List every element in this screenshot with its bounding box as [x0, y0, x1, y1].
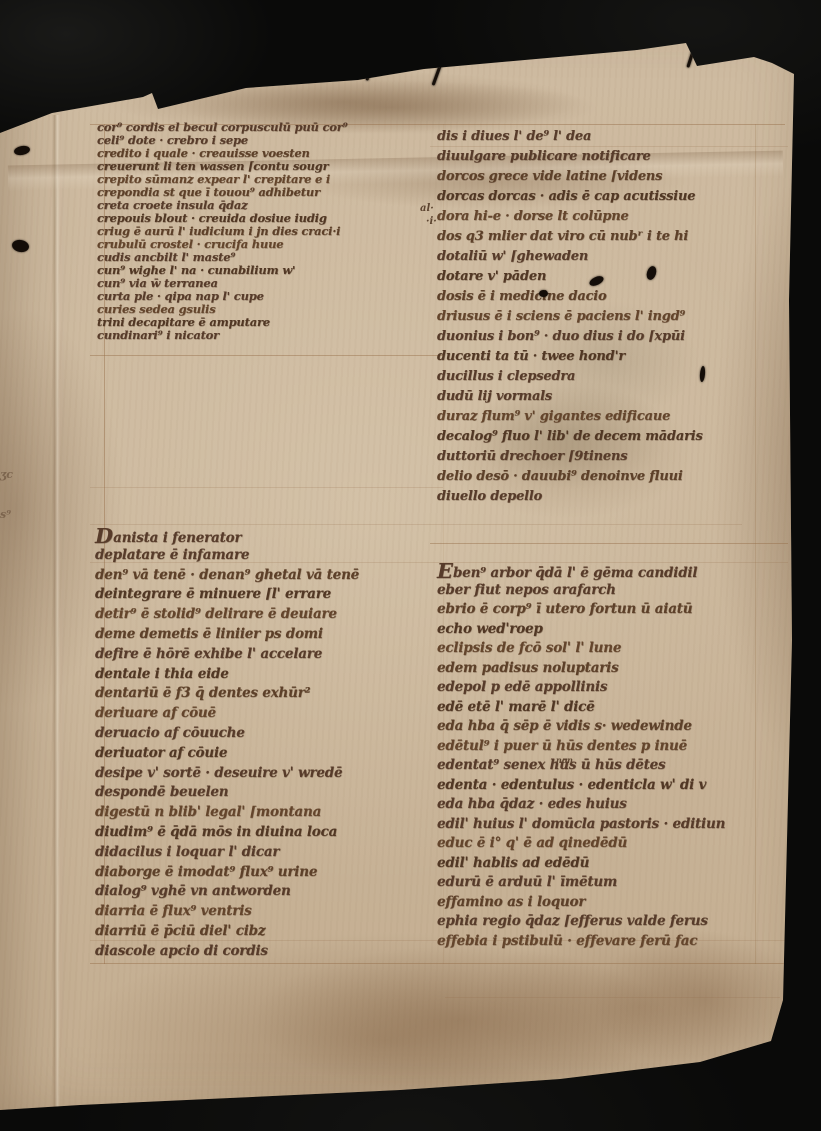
hole-6: [11, 239, 30, 254]
edge-ghost-mark-1: ʒc: [0, 468, 13, 481]
edge-ghost-mark-2: s⁹: [0, 508, 11, 521]
manuscript-line: delio desō · dauubi⁹ denoinve fluui: [437, 467, 703, 487]
manuscript-line: Eben⁹ arbor q̄dā l' ē gēma candidil: [437, 561, 725, 581]
manuscript-line: desipe v' sortē · deseuire v' wredē: [95, 764, 359, 784]
manuscript-line: deintegrare ē minuere ⌈l' errare: [95, 585, 359, 605]
manuscript-line: edē etē l' marē l' dicē: [437, 698, 725, 718]
manuscript-line: Danista i fenerator: [95, 526, 359, 546]
manuscript-line: dosis ē i medicine dacio: [437, 287, 703, 307]
manuscript-line: eda hba q̄daz · edes huius: [437, 795, 725, 815]
manuscript-line: digestū n blib' legal' ⌈montana: [95, 803, 359, 823]
gutter-note-i: ·i·: [426, 216, 437, 227]
manuscript-line: dialog⁹ vghē vn antworden: [95, 882, 359, 902]
manuscript-line: duonius i bon⁹ · duo dius i do ⌈xpūi: [437, 327, 703, 347]
manuscript-line: diarriū ē p̄ciū diel' cibz: [95, 922, 359, 942]
manuscript-line: educ ē i° q' ē ad qinedēdū: [437, 834, 725, 854]
large-initial: E: [437, 558, 453, 583]
text-column-bottom-right: Eben⁹ arbor q̄dā l' ē gēma candidileber …: [437, 561, 725, 951]
manuscript-line: dentariū ē f3 q̄ dentes exhūr²: [95, 684, 359, 704]
manuscript-line: dis i diues l' de⁹ l' dea: [437, 127, 703, 147]
large-initial: D: [95, 523, 113, 548]
manuscript-photo: cor⁹ cordis el becul corpusculū puū cor⁹…: [0, 0, 821, 1131]
manuscript-line: diarria ē flux⁹ ventris: [95, 902, 359, 922]
gutter-note-al: al·: [420, 203, 434, 214]
manuscript-line: deruacio af cōuuche: [95, 724, 359, 744]
manuscript-line: ducenti ta tū · twee hond'r: [437, 347, 703, 367]
manuscript-line: diascole apcio di cordis: [95, 942, 359, 962]
manuscript-line: deme demetis ē liniier ps domi: [95, 625, 359, 645]
ruling-bottom-3: [445, 997, 780, 998]
manuscript-line: edurū ē arduū l' īmētum: [437, 873, 725, 893]
manuscript-line: diaborge ē imodat⁹ flux⁹ urine: [95, 863, 359, 883]
manuscript-line: edentat⁹ senex hūs ū hūs dētes: [437, 756, 725, 776]
manuscript-line: echo wed'roep: [437, 620, 725, 640]
stain-bottom-right: [590, 930, 820, 1070]
text-column-top-right: dis i diues l' de⁹ l' deadiuulgare publi…: [437, 127, 703, 507]
manuscript-line: deplatare ē infamare: [95, 546, 359, 566]
manuscript-line: edenta · edentulus · edenticla w' di v: [437, 776, 725, 796]
manuscript-line: eclipsis de fcō sol' l' lune: [437, 639, 725, 659]
manuscript-line: ducillus i clepsedra: [437, 367, 703, 387]
manuscript-line: duttoriū drechoer ⌈9tinens: [437, 447, 703, 467]
interlinear-note-non: non: [556, 755, 573, 765]
manuscript-line: duraz flum⁹ v' gigantes edificaue: [437, 407, 703, 427]
manuscript-line: diuulgare publicare notificare: [437, 147, 703, 167]
manuscript-line: dotare v' pāden: [437, 267, 703, 287]
manuscript-line: den⁹ vā tenē · denan⁹ ghetal vā tenē: [95, 566, 359, 586]
stitch-slit-2: [365, 57, 375, 81]
text-column-bottom-left: Danista i feneratordeplatare ē infamared…: [95, 526, 359, 962]
ruling-right-margin: [755, 124, 756, 964]
manuscript-line: dorcas dorcas · adis ē cap acutissiue: [437, 187, 703, 207]
ruling-mid-1: [90, 487, 443, 488]
manuscript-line: despondē beuelen: [95, 783, 359, 803]
manuscript-line: ephia regio q̄daz ⌈efferus valde ferus: [437, 912, 725, 932]
manuscript-line: dorcos grece vide latine ⌈videns: [437, 167, 703, 187]
manuscript-line: cundinari⁹ i nicator: [97, 329, 347, 342]
manuscript-line: ebrio ē corp⁹ ī utero fortun ū aiatū: [437, 600, 725, 620]
manuscript-line: diudim⁹ ē q̄dā mōs in diuina loca: [95, 823, 359, 843]
manuscript-line: edem padisus noluptaris: [437, 659, 725, 679]
manuscript-line: effebia i pstibulū · effevare ferū fac: [437, 932, 725, 952]
manuscript-line: dotaliū w' ⌈ghewaden: [437, 247, 703, 267]
manuscript-line: driusus ē i sciens ē paciens l' ingd⁹: [437, 307, 703, 327]
parchment-leaf: cor⁹ cordis el becul corpusculū puū cor⁹…: [0, 0, 821, 1131]
vertical-crease: [52, 115, 60, 1107]
manuscript-line: edil' huius l' domūcla pastoris · editiu…: [437, 815, 725, 835]
hole-5: [13, 145, 30, 157]
manuscript-line: dos q3 mlier dat viro cū nubʳ i te hi: [437, 227, 703, 247]
ruling-mid-3: [430, 543, 788, 544]
manuscript-line: edētul⁹ i puer ū hūs dentes p inuē: [437, 737, 725, 757]
stitch-slit-4: [686, 44, 696, 68]
manuscript-line: diuello depello: [437, 487, 703, 507]
hole-4: [699, 366, 705, 382]
ruling-bottom-2: [90, 963, 785, 964]
manuscript-line: effamino as i loquor: [437, 893, 725, 913]
manuscript-line: edepol p edē appollinis: [437, 678, 725, 698]
hole-3: [539, 290, 548, 297]
manuscript-line: defire ē hōrē exhibe l' accelare: [95, 645, 359, 665]
manuscript-line: didacilus i loquar l' dicar: [95, 843, 359, 863]
manuscript-line: eda hba q̄ sēp ē vidis s· wedewinde: [437, 717, 725, 737]
manuscript-line: dentale i thia eide: [95, 665, 359, 685]
manuscript-line: eber fiut nepos arafarch: [437, 581, 725, 601]
manuscript-line: decalog⁹ fluo l' lib' de decem mādaris: [437, 427, 703, 447]
manuscript-line: dudū lij vormals: [437, 387, 703, 407]
manuscript-line: detir⁹ ē stolid⁹ delirare ē deuiare: [95, 605, 359, 625]
ruling-mid-2: [90, 524, 742, 525]
ruling-left-block-end: [90, 355, 443, 356]
text-column-top-left: cor⁹ cordis el becul corpusculū puū cor⁹…: [97, 121, 347, 342]
manuscript-line: deriuator af cōuie: [95, 744, 359, 764]
manuscript-line: dora hi-e · dorse lt colūpne: [437, 207, 703, 227]
manuscript-line: deriuare af cōuē: [95, 704, 359, 724]
manuscript-line: edil' hablis ad edēdū: [437, 854, 725, 874]
stitch-slit-1: [140, 51, 157, 83]
